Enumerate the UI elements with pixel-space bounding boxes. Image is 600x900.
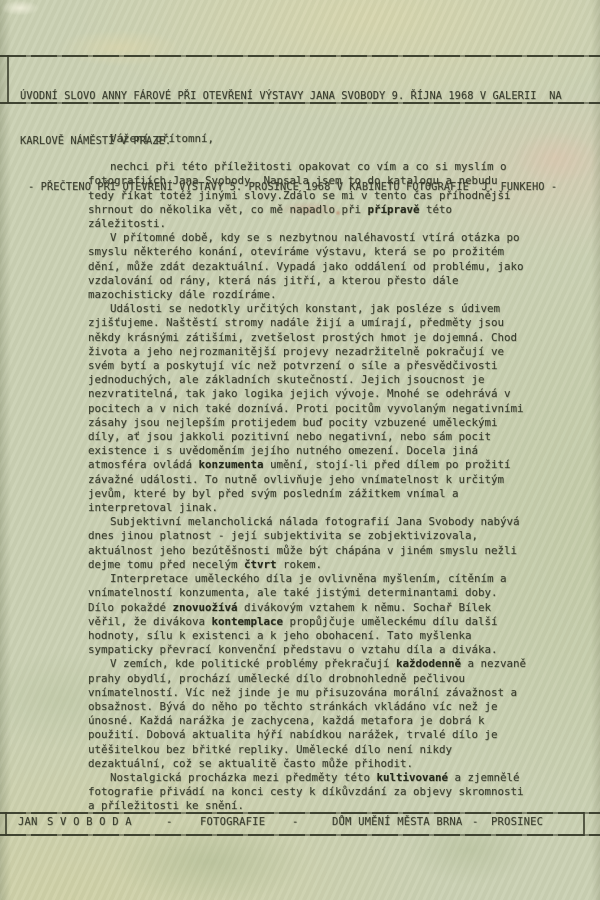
footer-artist-last-name: S V O B O D A	[47, 816, 132, 828]
header-line-1: ÚVODNÍ SLOVO ANNY FÁROVÉ PŘI OTEVŘENÍ VÝ…	[20, 89, 592, 104]
footer-separator-1: -	[166, 816, 173, 828]
scanned-document-page: ÚVODNÍ SLOVO ANNY FÁROVÉ PŘI OTEVŘENÍ VÝ…	[0, 0, 600, 900]
header-top-rule	[0, 55, 600, 57]
paragraph-5: Interpretace uměleckého díla je ovlivněn…	[88, 572, 528, 657]
paragraph-4: Subjektivní melancholická nálada fotogra…	[88, 515, 528, 572]
salutation: Vážení přítomní,	[88, 132, 528, 146]
paragraph-6: V zemích, kde politické problémy překrač…	[88, 657, 528, 771]
footer-top-rule	[0, 812, 600, 814]
footer-month: PROSINEC	[491, 816, 543, 828]
footer-artist-first-name: JAN	[18, 816, 38, 828]
footer-bottom-rule	[0, 834, 600, 836]
paragraph-1: nechci při této příležitosti opakovat co…	[88, 160, 528, 231]
footer-separator-2: -	[292, 816, 299, 828]
footer-venue: DŮM UMĚNÍ MĚSTA BRNA	[332, 816, 462, 828]
paragraph-7: Nostalgická procházka mezi předměty této…	[88, 771, 528, 814]
paragraph-3: Události se nedotkly určitých konstant, …	[88, 302, 528, 515]
document-body: Vážení přítomní, nechci při této příleži…	[88, 132, 528, 814]
footer-left-tick	[5, 812, 7, 836]
paragraph-2: V přítomné době, kdy se s nezbytnou nalé…	[88, 231, 528, 302]
footer-medium: FOTOGRAFIE	[200, 816, 265, 828]
header-left-tick	[7, 55, 9, 103]
footer-separator-3: -	[472, 816, 479, 828]
footer-right-tick	[583, 812, 585, 836]
